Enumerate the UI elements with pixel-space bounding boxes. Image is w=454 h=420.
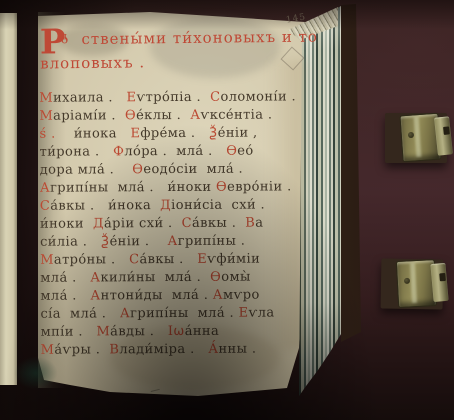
text-segment: аріамі́и .	[53, 108, 125, 123]
manuscript-line: Матро́ны . Са́вкы . Еѵфи́міи	[40, 250, 312, 269]
text-segment: а́вкы .	[139, 252, 197, 267]
text-segment: евро́ніи .	[227, 179, 292, 194]
rubric-segment: ѕ́ .	[39, 127, 55, 142]
text-segment: е́ніи .	[110, 234, 168, 249]
rubric-segment: А	[213, 288, 223, 303]
manuscript-line: сі́а мла́ . Агрипі́ны мла́ . Еѵла	[40, 304, 312, 323]
text-segment: а́ѵры .	[54, 342, 109, 357]
rubric-segment: Іѡ	[168, 324, 185, 339]
text-segment: кили́ны мла́ .	[100, 270, 210, 286]
text-segment: ѵтро́піа .	[136, 90, 210, 105]
heading-initial: Рдо	[40, 27, 82, 57]
rubric-segment: Д	[160, 198, 171, 213]
rubric-segment: А	[120, 306, 130, 321]
text-segment: а́нна	[185, 324, 220, 339]
heading-line-1: ствены́ми ти́хоновыхъ и то	[81, 28, 318, 48]
rubric-segment: М	[41, 343, 55, 358]
rubric-segment: С	[182, 216, 192, 231]
text-segment: атро́ны .	[54, 252, 129, 267]
rubric-segment: М	[40, 253, 54, 268]
text-segment: сі́а мла́ .	[40, 306, 120, 321]
manuscript-line: Ма́ѵры . Влади́міра . А́нны .	[41, 340, 313, 359]
rubric-segment: Ѯ	[209, 126, 218, 141]
facing-page-edge	[0, 13, 17, 385]
clasp-top	[385, 105, 453, 169]
rubric-segment: Е	[239, 306, 249, 321]
text-segment: ѵла	[248, 305, 274, 320]
text-segment: нны .	[218, 342, 256, 357]
text-segment: ѵфи́міи	[207, 252, 260, 267]
manuscript-line: Михаила . Еѵтро́піа . Соломоні́и .	[39, 88, 311, 107]
manuscript-line: Маріамі́и . Ѳе́клы . Аѵксе́нтіа .	[39, 106, 311, 125]
rubric-segment: М	[96, 324, 110, 339]
manuscript-line: ѕ́ . и́нока Ефре́ма . Ѯе́ніи ,	[39, 124, 311, 143]
rubric-segment: А́	[208, 342, 218, 357]
manuscript-line: мла́ . Антони́ды мла́ . Амѵро	[40, 286, 312, 305]
clasp-hook	[430, 263, 448, 302]
text-segment: ихаила .	[53, 90, 127, 105]
text-segment: и́нока	[56, 126, 131, 141]
text-segment: а́вкы .	[192, 216, 245, 231]
text-segment: ѵксе́нтіа .	[200, 107, 272, 122]
manuscript-line: дора мла́ . Ѳеодо́сіи мла́ .	[40, 160, 312, 179]
text-segment: мла́ .	[40, 288, 90, 303]
text-segment: и́ноки	[40, 216, 93, 231]
rubric-segment: Е	[197, 252, 207, 267]
manuscript-line: Са́вкы . и́нока Діони́сіа схи́ .	[40, 196, 312, 215]
text-segment: нтони́ды мла́ .	[101, 288, 213, 304]
text-segment: грипі́ны мла́ .	[130, 306, 238, 322]
manuscript-line: мпі́и . Ма́вды . Іѡа́нна	[41, 322, 313, 341]
text-segment: ло́ра . мла́ .	[124, 144, 226, 160]
rubric-segment: Д	[93, 216, 104, 231]
manuscript-photo: 145 Рдоствены́ми ти́хоновыхъ и то влопов…	[0, 0, 454, 420]
rubric-segment: Е	[127, 90, 137, 105]
text-segment: іони́сіа схи́ .	[171, 198, 265, 213]
clasp-bottom	[380, 250, 449, 315]
text-segment: а	[255, 216, 263, 231]
text-segment: е́клы .	[136, 108, 190, 123]
text-segment: грипі́ны мла́ . и́ноки	[50, 180, 216, 196]
manuscript-line: ти́рона . Фло́ра . мла́ . Ѳео́	[40, 142, 312, 161]
text-segment: ти́рона .	[40, 144, 114, 159]
manuscript-line: и́ноки Да́ріи схи́ . Са́вкы . Ва	[40, 214, 312, 233]
rubric-segment: Ѳ	[132, 162, 143, 177]
rubric-segment: В	[109, 342, 119, 357]
rubric-segment: Ѳ	[226, 144, 237, 159]
text-segment: ео́	[237, 144, 253, 159]
rubric-segment: Ѳ	[216, 180, 227, 195]
rubric-segment: М	[39, 109, 53, 124]
text-segment: грипі́ны .	[178, 234, 246, 249]
rubric-segment: С	[40, 199, 50, 214]
rubric-segment: А	[190, 108, 200, 123]
rubric-segment: А	[167, 234, 177, 249]
text-segment: еодо́сіи мла́ .	[143, 162, 243, 178]
heading-subscript: о	[61, 24, 70, 54]
text-segment: омы̀	[221, 270, 251, 285]
rubric-segment: Ѳ	[125, 108, 136, 123]
text-segment: е́ніи ,	[218, 126, 258, 141]
text-segment: оломоні́и .	[220, 89, 296, 104]
clasp-rivet	[404, 278, 410, 284]
text-segment: мпі́и .	[41, 324, 97, 339]
rubric-segment: Е	[130, 126, 140, 141]
rubric-segment: А	[40, 181, 50, 196]
rubric-segment: А	[90, 288, 100, 303]
text-segment: а́вкы . и́нока	[50, 198, 160, 214]
text-block: Михаила . Еѵтро́піа . Соломоні́и .Маріам…	[39, 88, 312, 359]
clasp-hook	[434, 116, 453, 155]
rubric-segment: С	[129, 252, 139, 267]
manuscript-line: Агрипі́ны мла́ . и́ноки Ѳевро́ніи .	[40, 178, 312, 197]
rubric-segment: А	[90, 270, 100, 285]
text-segment: фре́ма .	[140, 126, 209, 141]
rubric-segment: В	[245, 216, 255, 231]
text-segment: си́ліа .	[40, 234, 101, 249]
clasp-rivet	[408, 132, 414, 138]
text-segment: а́ріи схи́ .	[104, 216, 182, 231]
text-segment: дора мла́ .	[40, 162, 133, 177]
text-segment: а́вды .	[110, 324, 168, 339]
rubric-segment: С	[210, 90, 220, 105]
text-segment: лади́міра .	[119, 342, 208, 357]
manuscript-line: си́ліа . Ѯе́ніи . Агрипі́ны .	[40, 232, 312, 251]
rubric-heading: Рдоствены́ми ти́хоновыхъ и то влоповыхъ …	[40, 25, 319, 73]
text-segment: мла́ .	[40, 270, 90, 285]
rubric-segment: М	[39, 91, 53, 106]
manuscript-line: мла́ . Акили́ны мла́ . Ѳомы̀	[40, 268, 312, 287]
rubric-segment: Ѳ	[210, 270, 221, 285]
rubric-segment: Ф	[113, 144, 124, 159]
text-segment: мѵро	[223, 288, 260, 303]
heading-line-2: влоповыхъ .	[40, 52, 318, 73]
